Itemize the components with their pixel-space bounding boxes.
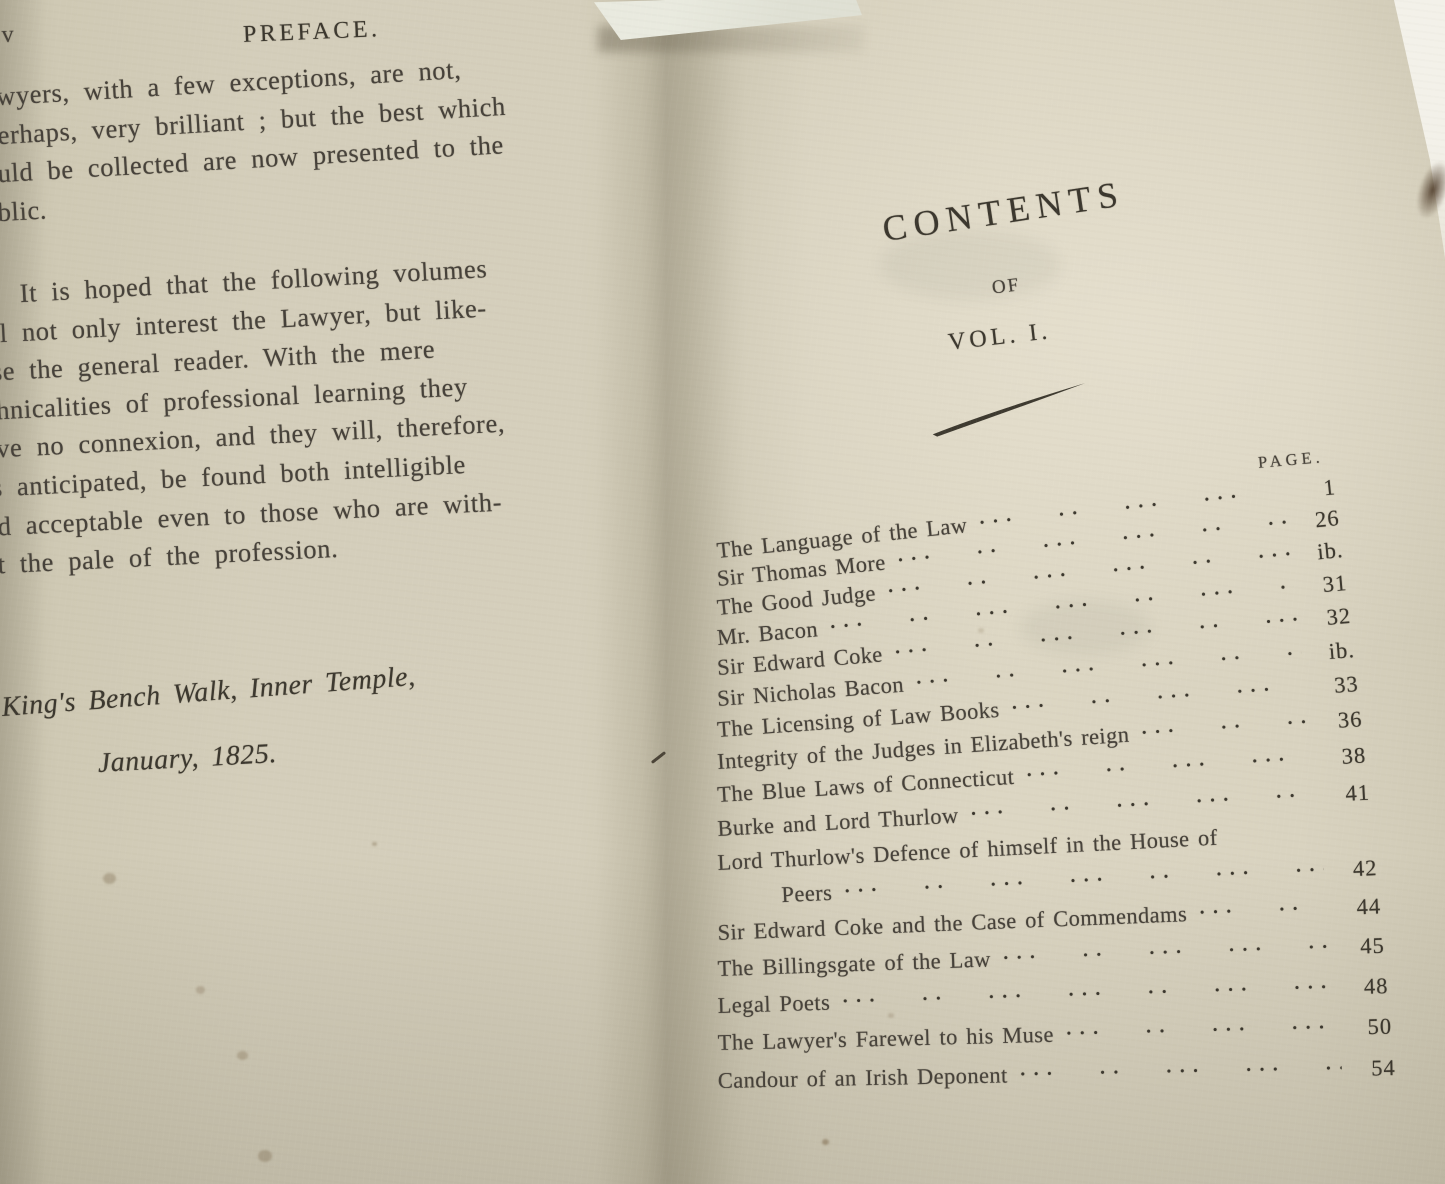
contents-entry: Candour of an Irish Deponent··· ·· ··· ·…: [718, 1055, 1397, 1101]
contents-entry-page: ib.: [1288, 537, 1344, 568]
contents-entry-page: 38: [1311, 742, 1366, 771]
contents-entry-title: The Billingsgate of the Law: [717, 947, 991, 983]
contents-heading-volume: VOL. I.: [947, 318, 1053, 357]
page-column-header: PAGE.: [1257, 447, 1324, 473]
contents-entry-page: ib.: [1300, 637, 1356, 667]
contents-entry-page: 33: [1304, 671, 1360, 701]
contents-entry-page: 45: [1330, 933, 1385, 961]
contents-entry-page: 26: [1285, 505, 1341, 536]
contents-page: CONTENTS OF VOL. I. PAGE. The Language o…: [0, 0, 1445, 1184]
contents-entry-page: 41: [1315, 779, 1370, 808]
contents-entry-page: 54: [1341, 1055, 1395, 1082]
contents-entry-page: 44: [1327, 893, 1382, 921]
dot-leader: ··· ·· ··· ··· ·· ··· ··· ·· ··· ··· ·· …: [990, 937, 1331, 971]
contents-entry-title: Candour of an Irish Deponent: [718, 1063, 1008, 1095]
dot-leader: ··· ·· ··· ··· ·· ··· ··· ·· ··· ··· ·· …: [1187, 897, 1328, 925]
contents-entry-title: Peers: [781, 879, 833, 907]
contents-entry-page: 1: [1281, 474, 1337, 505]
contents-heading-of: OF: [991, 274, 1022, 299]
contents-entry-page: 31: [1292, 570, 1348, 601]
contents-entry-title: The Lawyer's Farewel to his Muse: [717, 1022, 1054, 1056]
book-photo: iv PREFACE. awyers, with a few exception…: [0, 0, 1445, 1184]
contents-entry-page: 36: [1308, 706, 1364, 736]
contents-entry-page: 32: [1296, 603, 1352, 633]
dot-leader: ··· ·· ··· ··· ·· ··· ··· ·· ··· ··· ·· …: [1054, 1017, 1339, 1046]
contents-entry-page: 48: [1334, 973, 1389, 1001]
contents-entry-page: 50: [1338, 1014, 1393, 1041]
contents-entry-title: Legal Poets: [717, 990, 830, 1019]
contents-heading: CONTENTS: [880, 172, 1128, 250]
swelled-rule-ornament: [925, 379, 1094, 441]
contents-entry-page: 42: [1323, 855, 1378, 883]
dot-leader: ··· ·· ··· ··· ·· ··· ··· ·· ··· ··· ·· …: [1007, 1058, 1341, 1086]
